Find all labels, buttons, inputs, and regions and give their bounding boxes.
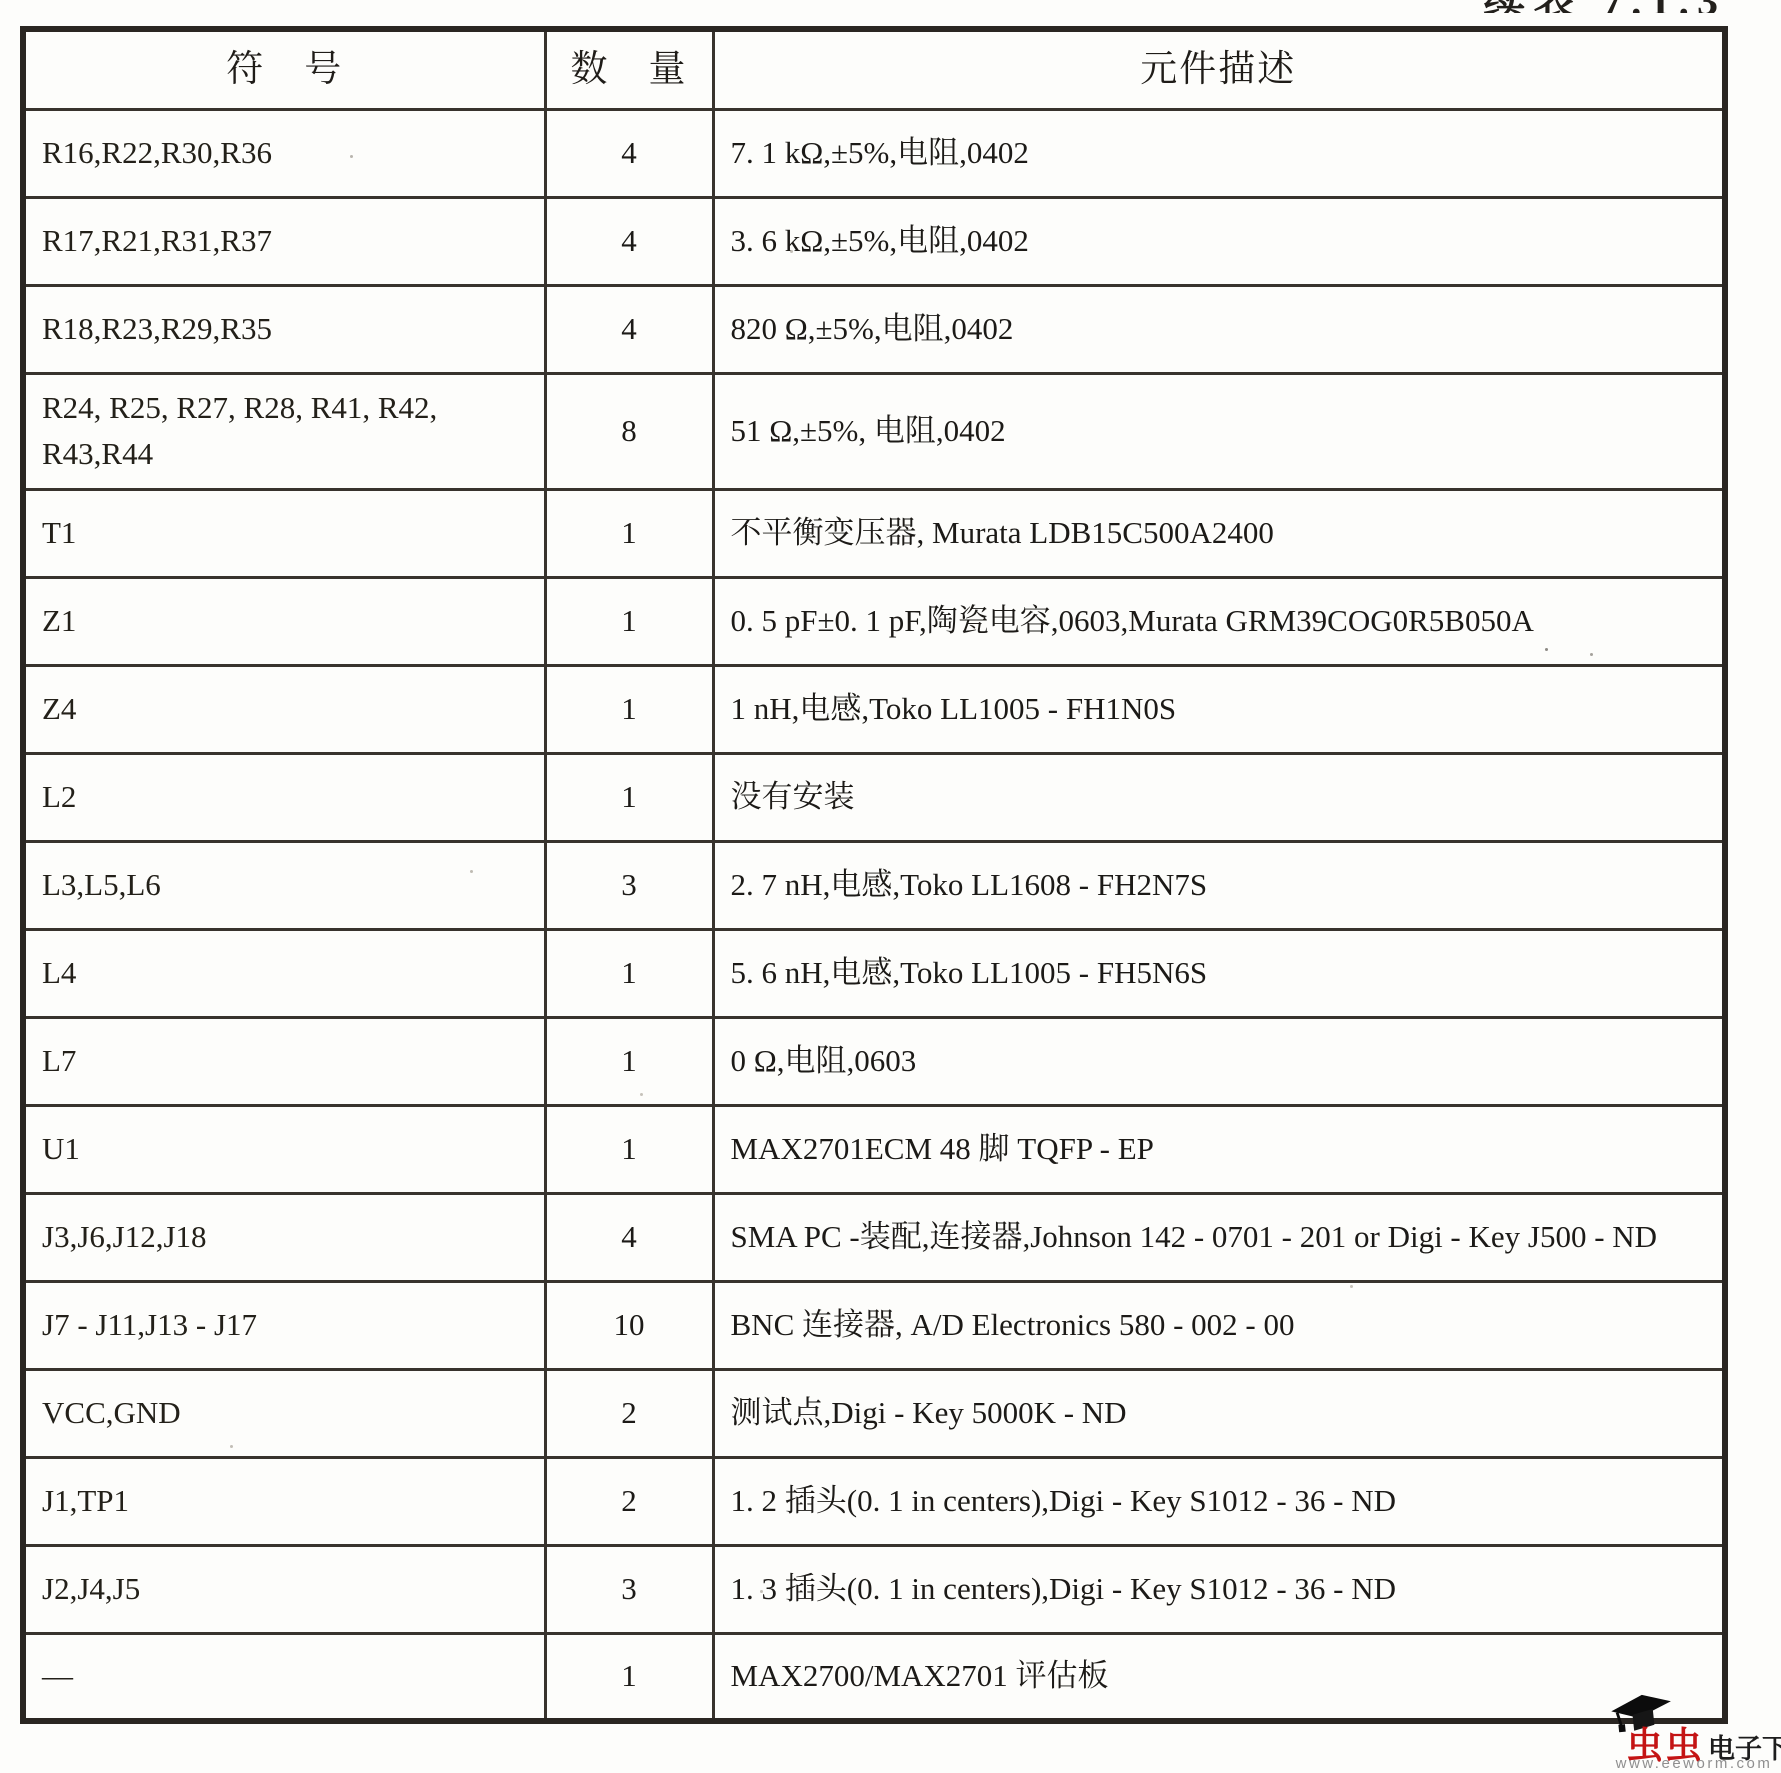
table-row: L4 1 5. 6 nH,电感,Toko LL1005 - FH5N6S: [23, 929, 1725, 1017]
symbol-cell: J1,TP1: [23, 1457, 545, 1545]
table-row: L7 1 0 Ω,电阻,0603: [23, 1017, 1725, 1105]
table-row: Z1 1 0. 5 pF±0. 1 pF,陶瓷电容,0603,Murata GR…: [23, 577, 1725, 665]
description-cell: 1. 3 插头(0. 1 in centers),Digi - Key S101…: [713, 1545, 1725, 1633]
quantity-cell: 1: [545, 1017, 713, 1105]
symbol-cell: VCC,GND: [23, 1369, 545, 1457]
description-cell: 820 Ω,±5%,电阻,0402: [713, 285, 1725, 373]
symbol-cell: U1: [23, 1105, 545, 1193]
continued-table-caption-text: 续表 7.1.3: [1426, 0, 1726, 13]
column-header-quantity: 数 量: [545, 29, 713, 109]
table-row: R17,R21,R31,R37 4 3. 6 kΩ,±5%,电阻,0402: [23, 197, 1725, 285]
continued-table-caption: 续表 7.1.3: [1426, 0, 1726, 13]
description-cell: 0. 5 pF±0. 1 pF,陶瓷电容,0603,Murata GRM39CO…: [713, 577, 1725, 665]
description-cell: 0 Ω,电阻,0603: [713, 1017, 1725, 1105]
symbol-cell: R16,R22,R30,R36: [23, 109, 545, 197]
description-cell: 测试点,Digi - Key 5000K - ND: [713, 1369, 1725, 1457]
description-cell: 3. 6 kΩ,±5%,电阻,0402: [713, 197, 1725, 285]
symbol-cell: J3,J6,J12,J18: [23, 1193, 545, 1281]
table-header-row: 符 号 数 量 元件描述: [23, 29, 1725, 109]
column-header-description: 元件描述: [713, 29, 1725, 109]
quantity-cell: 2: [545, 1457, 713, 1545]
table-row: Z4 1 1 nH,电感,Toko LL1005 - FH1N0S: [23, 665, 1725, 753]
symbol-cell: T1: [23, 489, 545, 577]
watermark-url: www.eeworm.com: [1610, 1755, 1778, 1772]
table-row: — 1 MAX2700/MAX2701 评估板: [23, 1633, 1725, 1721]
table-row: R24, R25, R27, R28, R41, R42, R43,R44 8 …: [23, 373, 1725, 489]
quantity-cell: 3: [545, 1545, 713, 1633]
quantity-cell: 1: [545, 1633, 713, 1721]
quantity-cell: 4: [545, 197, 713, 285]
description-cell: SMA PC -装配,连接器,Johnson 142 - 0701 - 201 …: [713, 1193, 1725, 1281]
symbol-cell: L3,L5,L6: [23, 841, 545, 929]
description-cell: 没有安装: [713, 753, 1725, 841]
table-row: U1 1 MAX2701ECM 48 脚 TQFP - EP: [23, 1105, 1725, 1193]
quantity-cell: 1: [545, 665, 713, 753]
table-row: J2,J4,J5 3 1. 3 插头(0. 1 in centers),Digi…: [23, 1545, 1725, 1633]
table-row: L2 1 没有安装: [23, 753, 1725, 841]
description-cell: 2. 7 nH,电感,Toko LL1608 - FH2N7S: [713, 841, 1725, 929]
description-cell: MAX2701ECM 48 脚 TQFP - EP: [713, 1105, 1725, 1193]
quantity-cell: 10: [545, 1281, 713, 1369]
table-row: VCC,GND 2 测试点,Digi - Key 5000K - ND: [23, 1369, 1725, 1457]
symbol-cell: L2: [23, 753, 545, 841]
quantity-cell: 1: [545, 489, 713, 577]
quantity-cell: 4: [545, 285, 713, 373]
table-row: J1,TP1 2 1. 2 插头(0. 1 in centers),Digi -…: [23, 1457, 1725, 1545]
symbol-cell: R24, R25, R27, R28, R41, R42, R43,R44: [23, 373, 545, 489]
description-cell: 51 Ω,±5%, 电阻,0402: [713, 373, 1725, 489]
quantity-cell: 2: [545, 1369, 713, 1457]
description-cell: BNC 连接器, A/D Electronics 580 - 002 - 00: [713, 1281, 1725, 1369]
description-cell: 5. 6 nH,电感,Toko LL1005 - FH5N6S: [713, 929, 1725, 1017]
symbol-cell: J2,J4,J5: [23, 1545, 545, 1633]
description-cell: 1 nH,电感,Toko LL1005 - FH1N0S: [713, 665, 1725, 753]
quantity-cell: 1: [545, 1105, 713, 1193]
column-header-symbol: 符 号: [23, 29, 545, 109]
table-row: R16,R22,R30,R36 4 7. 1 kΩ,±5%,电阻,0402: [23, 109, 1725, 197]
symbol-cell: L4: [23, 929, 545, 1017]
symbol-cell: Z1: [23, 577, 545, 665]
table-row: L3,L5,L6 3 2. 7 nH,电感,Toko LL1608 - FH2N…: [23, 841, 1725, 929]
table-row: J3,J6,J12,J18 4 SMA PC -装配,连接器,Johnson 1…: [23, 1193, 1725, 1281]
watermark: 虫虫 电子下载站 www.eeworm.com: [1604, 1699, 1780, 1773]
symbol-cell: J7 - J11,J13 - J17: [23, 1281, 545, 1369]
quantity-cell: 1: [545, 929, 713, 1017]
table-row: T1 1 不平衡变压器, Murata LDB15C500A2400: [23, 489, 1725, 577]
bom-table: 符 号 数 量 元件描述 R16,R22,R30,R36 4 7. 1 kΩ,±…: [20, 26, 1728, 1724]
quantity-cell: 1: [545, 753, 713, 841]
symbol-cell: —: [23, 1633, 545, 1721]
quantity-cell: 8: [545, 373, 713, 489]
description-cell: MAX2700/MAX2701 评估板: [713, 1633, 1725, 1721]
symbol-cell: L7: [23, 1017, 545, 1105]
symbol-cell: R18,R23,R29,R35: [23, 285, 545, 373]
quantity-cell: 3: [545, 841, 713, 929]
symbol-cell: R17,R21,R31,R37: [23, 197, 545, 285]
table-row: J7 - J11,J13 - J17 10 BNC 连接器, A/D Elect…: [23, 1281, 1725, 1369]
table-row: R18,R23,R29,R35 4 820 Ω,±5%,电阻,0402: [23, 285, 1725, 373]
quantity-cell: 4: [545, 109, 713, 197]
table-body: R16,R22,R30,R36 4 7. 1 kΩ,±5%,电阻,0402 R1…: [23, 109, 1725, 1721]
description-cell: 1. 2 插头(0. 1 in centers),Digi - Key S101…: [713, 1457, 1725, 1545]
symbol-cell: Z4: [23, 665, 545, 753]
quantity-cell: 1: [545, 577, 713, 665]
description-cell: 不平衡变压器, Murata LDB15C500A2400: [713, 489, 1725, 577]
description-cell: 7. 1 kΩ,±5%,电阻,0402: [713, 109, 1725, 197]
scan-noise: [350, 155, 353, 158]
quantity-cell: 4: [545, 1193, 713, 1281]
